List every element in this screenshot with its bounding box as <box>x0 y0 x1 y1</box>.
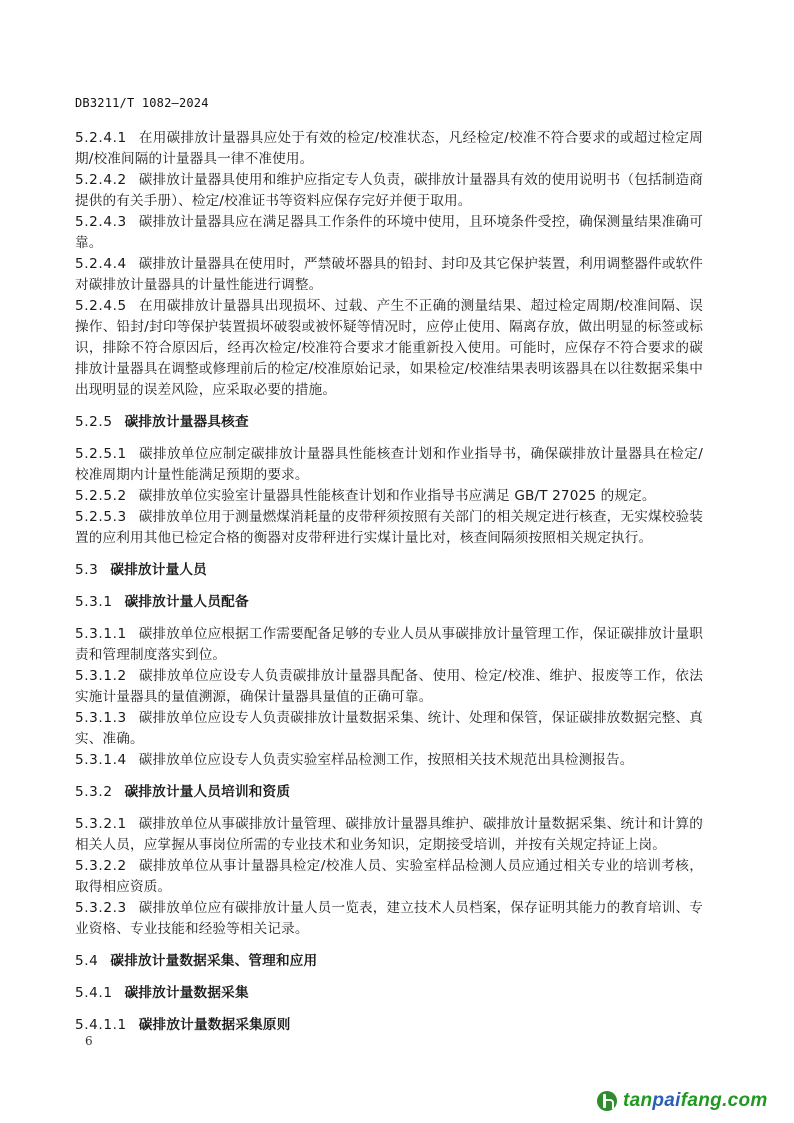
clause-text: 在用碳排放计量器具出现损坏、过载、产生不正确的测量结果、超过检定周期/校准间隔、… <box>75 298 703 398</box>
clause-5-2-4-1: 5.2.4.1在用碳排放计量器具应处于有效的检定/校准状态，凡经检定/校准不符合… <box>75 128 703 170</box>
clause-text: 碳排放单位应根据工作需要配备足够的专业人员从事碳排放计量管理工作，保证碳排放计量… <box>75 626 703 663</box>
heading-number: 5.3 <box>75 562 98 578</box>
clause-text: 碳排放计量器具应在满足器具工作条件的环境中使用，且环境条件受控，确保测量结果准确… <box>75 214 703 251</box>
page-number: 6 <box>85 1034 93 1048</box>
tanpaifang-logo-icon <box>597 1091 617 1111</box>
clause-number: 5.2.4.5 <box>75 298 127 314</box>
heading-number: 5.4.1.1 <box>75 1017 127 1033</box>
clause-number: 5.2.4.3 <box>75 214 127 230</box>
heading-number: 5.3.2 <box>75 784 113 800</box>
clause-5-2-4-3: 5.2.4.3碳排放计量器具应在满足器具工作条件的环境中使用，且环境条件受控，确… <box>75 212 703 254</box>
clause-text: 碳排放计量器具在使用时，严禁破坏器具的铅封、封印及其它保护装置，利用调整器件或软… <box>75 256 703 293</box>
section-heading-5-2-5: 5.2.5碳排放计量器具核查 <box>75 412 703 433</box>
clause-5-2-4-5: 5.2.4.5在用碳排放计量器具出现损坏、过载、产生不正确的测量结果、超过检定周… <box>75 296 703 401</box>
clause-number: 5.2.4.2 <box>75 172 127 188</box>
clause-text: 碳排放单位从事计量器具检定/校准人员、实验室样品检测人员应通过相关专业的培训考核… <box>75 858 703 895</box>
clause-5-2-5-3: 5.2.5.3碳排放单位用于测量燃煤消耗量的皮带秤须按照有关部门的相关规定进行核… <box>75 507 703 549</box>
clause-5-2-4-4: 5.2.4.4碳排放计量器具在使用时，严禁破坏器具的铅封、封印及其它保护装置，利… <box>75 254 703 296</box>
heading-text: 碳排放计量数据采集原则 <box>139 1017 291 1033</box>
clause-5-2-4-2: 5.2.4.2碳排放计量器具使用和维护应指定专人负责，碳排放计量器具有效的使用说… <box>75 170 703 212</box>
heading-text: 碳排放计量人员培训和资质 <box>125 784 291 800</box>
heading-text: 碳排放计量器具核查 <box>125 414 249 430</box>
clause-text: 碳排放计量器具使用和维护应指定专人负责，碳排放计量器具有效的使用说明书（包括制造… <box>75 172 703 209</box>
clause-5-3-2-3: 5.3.2.3碳排放单位应有碳排放计量人员一览表，建立技术人员档案，保存证明其能… <box>75 898 703 940</box>
heading-number: 5.4 <box>75 953 98 969</box>
clause-5-3-1-2: 5.3.1.2碳排放单位应设专人负责碳排放计量器具配备、使用、检定/校准、维护、… <box>75 666 703 708</box>
clause-5-3-1-4: 5.3.1.4碳排放单位应设专人负责实验室样品检测工作，按照相关技术规范出具检测… <box>75 750 703 771</box>
clause-5-2-5-1: 5.2.5.1碳排放单位应制定碳排放计量器具性能核查计划和作业指导书，确保碳排放… <box>75 444 703 486</box>
clause-text: 在用碳排放计量器具应处于有效的检定/校准状态，凡经检定/校准不符合要求的或超过检… <box>75 130 703 167</box>
clause-number: 5.2.5.3 <box>75 509 127 525</box>
clause-5-3-1-3: 5.3.1.3碳排放单位应设专人负责碳排放计量数据采集、统计、处理和保管，保证碳… <box>75 708 703 750</box>
section-heading-5-4-1-1: 5.4.1.1碳排放计量数据采集原则 <box>75 1015 703 1036</box>
clause-5-3-2-2: 5.3.2.2碳排放单位从事计量器具检定/校准人员、实验室样品检测人员应通过相关… <box>75 856 703 898</box>
clause-5-3-2-1: 5.3.2.1碳排放单位从事碳排放计量管理、碳排放计量器具维护、碳排放计量数据采… <box>75 814 703 856</box>
section-heading-5-3: 5.3碳排放计量人员 <box>75 560 703 581</box>
watermark-text: tanpaifang.com <box>623 1090 768 1112</box>
clause-text: 碳排放单位实验室计量器具性能核查计划和作业指导书应满足 GB/T 27025 的… <box>139 488 656 504</box>
section-heading-5-3-1: 5.3.1碳排放计量人员配备 <box>75 592 703 613</box>
heading-text: 碳排放计量人员 <box>110 562 207 578</box>
clause-text: 碳排放单位应设专人负责碳排放计量数据采集、统计、处理和保管，保证碳排放数据完整、… <box>75 710 703 747</box>
heading-number: 5.2.5 <box>75 414 113 430</box>
section-heading-5-4: 5.4碳排放计量数据采集、管理和应用 <box>75 951 703 972</box>
clause-number: 5.2.5.1 <box>75 446 127 462</box>
heading-number: 5.3.1 <box>75 594 113 610</box>
clause-number: 5.3.1.3 <box>75 710 127 726</box>
clause-text: 碳排放单位用于测量燃煤消耗量的皮带秤须按照有关部门的相关规定进行核查，无实煤校验… <box>75 509 703 546</box>
clause-text: 碳排放单位应制定碳排放计量器具性能核查计划和作业指导书，确保碳排放计量器具在检定… <box>75 446 703 483</box>
clause-number: 5.2.5.2 <box>75 488 127 504</box>
clause-number: 5.2.4.1 <box>75 130 127 146</box>
clause-number: 5.3.1.4 <box>75 752 127 768</box>
clause-number: 5.3.2.2 <box>75 858 127 874</box>
clause-text: 碳排放单位从事碳排放计量管理、碳排放计量器具维护、碳排放计量数据采集、统计和计算… <box>75 816 703 853</box>
heading-text: 碳排放计量数据采集 <box>125 985 249 1001</box>
clause-number: 5.2.4.4 <box>75 256 127 272</box>
heading-text: 碳排放计量数据采集、管理和应用 <box>110 953 317 969</box>
clause-text: 碳排放单位应有碳排放计量人员一览表，建立技术人员档案，保存证明其能力的教育培训、… <box>75 900 703 937</box>
tanpaifang-watermark: tanpaifang.com <box>597 1090 768 1112</box>
heading-number: 5.4.1 <box>75 985 113 1001</box>
document-body: 5.2.4.1在用碳排放计量器具应处于有效的检定/校准状态，凡经检定/校准不符合… <box>75 128 703 1036</box>
document-code-header: DB3211/T 1082—2024 <box>75 96 209 110</box>
section-heading-5-4-1: 5.4.1碳排放计量数据采集 <box>75 983 703 1004</box>
heading-text: 碳排放计量人员配备 <box>125 594 249 610</box>
clause-number: 5.3.1.1 <box>75 626 127 642</box>
clause-text: 碳排放单位应设专人负责碳排放计量器具配备、使用、检定/校准、维护、报废等工作，依… <box>75 668 703 705</box>
clause-text: 碳排放单位应设专人负责实验室样品检测工作，按照相关技术规范出具检测报告。 <box>139 752 634 768</box>
clause-number: 5.3.1.2 <box>75 668 127 684</box>
clause-number: 5.3.2.1 <box>75 816 127 832</box>
clause-5-2-5-2: 5.2.5.2碳排放单位实验室计量器具性能核查计划和作业指导书应满足 GB/T … <box>75 486 703 507</box>
section-heading-5-3-2: 5.3.2碳排放计量人员培训和资质 <box>75 782 703 803</box>
clause-number: 5.3.2.3 <box>75 900 127 916</box>
clause-5-3-1-1: 5.3.1.1碳排放单位应根据工作需要配备足够的专业人员从事碳排放计量管理工作，… <box>75 624 703 666</box>
